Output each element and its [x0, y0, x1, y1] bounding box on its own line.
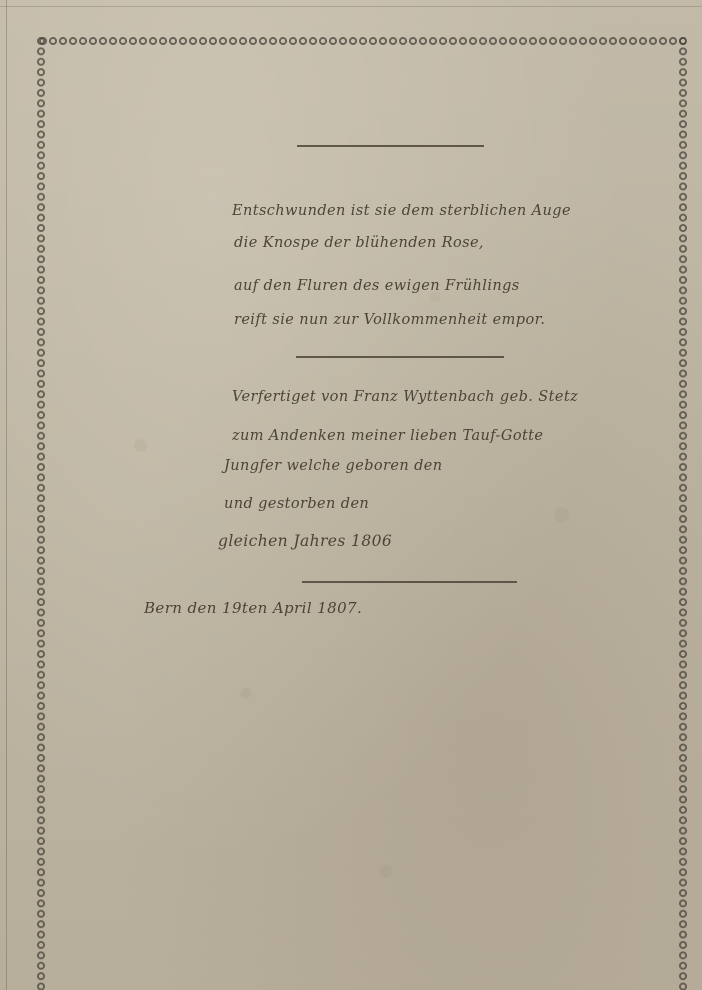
perforated-border-top: [38, 36, 686, 46]
page-edge-line: [6, 0, 7, 990]
verse-line: die Knospe der blühenden Rose,: [234, 235, 484, 251]
document-page: Entschwunden ist sie dem sterblichen Aug…: [0, 0, 702, 990]
dedication-line: Verfertiget von Franz Wyttenbach geb. St…: [232, 389, 578, 405]
page-edge-line: [0, 6, 702, 7]
verse-line: reift sie nun zur Vollkommenheit empor.: [234, 312, 545, 328]
perforated-border-right: [678, 36, 688, 990]
dedication-line: zum Andenken meiner lieben Tauf-Gotte: [232, 428, 543, 444]
place-date: Bern den 19ten April 1807.: [144, 599, 362, 617]
perforated-border-left: [36, 36, 46, 990]
divider-rule-top: [297, 145, 484, 147]
dedication-line: und gestorben den: [224, 496, 369, 512]
divider-rule-middle: [296, 356, 504, 358]
verse-line: Entschwunden ist sie dem sterblichen Aug…: [232, 203, 571, 219]
divider-rule-bottom: [302, 581, 517, 583]
dedication-line: gleichen Jahres 1806: [218, 532, 392, 550]
dedication-line: Jungfer welche geboren den: [224, 458, 442, 474]
verse-line: auf den Fluren des ewigen Frühlings: [234, 278, 520, 294]
